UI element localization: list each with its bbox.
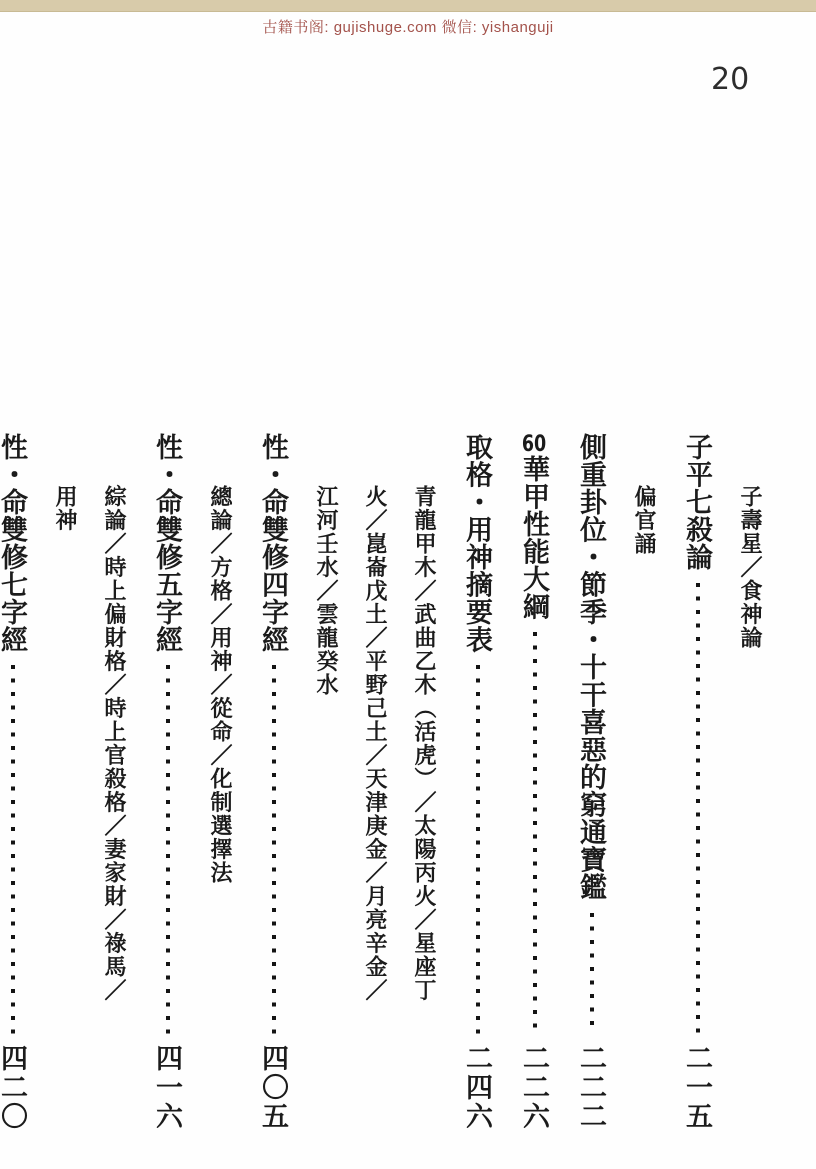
entry-title-text: 取格・用神摘要表	[458, 433, 497, 653]
toc-entry-subtitle-column: 江河壬水／雲龍癸水	[311, 485, 342, 1133]
dotted-leader	[533, 632, 537, 1034]
entry-page-number: 二四六	[458, 1044, 497, 1131]
toc-entry-title-column: 性・命雙修七字經四二〇	[0, 433, 32, 1131]
entry-title-text: 60華甲性能大綱	[515, 433, 554, 620]
entry-page-number: 二二六	[515, 1044, 554, 1131]
entry-title-text: 性・命雙修五字經	[148, 433, 187, 653]
toc-entry-title-column: 性・命雙修四字經四〇五	[254, 433, 293, 1131]
toc-entry-subtitle-column: 偏官誦	[629, 485, 660, 1133]
entry-title-text: 性・命雙修七字經	[0, 433, 32, 653]
toc-entry-subtitle-column: 火／崑崙戊土／平野己土／天津庚金／月亮辛金／	[360, 485, 391, 1133]
toc-entry-title-column: 子平七殺論二一五	[678, 433, 717, 1131]
entry-page-number: 四二〇	[0, 1044, 32, 1131]
dotted-leader	[696, 583, 700, 1035]
toc-entry-title-column: 側重卦位・節季・十干喜惡的窮通寶鑑二二二	[572, 433, 611, 1131]
dotted-leader	[590, 913, 594, 1035]
toc-entry-title-column: 取格・用神摘要表二四六	[458, 433, 497, 1131]
entry-title-text: 子平七殺論	[678, 433, 717, 571]
entry-page-number: 四〇五	[254, 1044, 293, 1131]
printed-page-number: 20	[711, 62, 749, 97]
entry-page-number: 二一五	[678, 1044, 717, 1131]
table-of-contents: 子壽星／食神論子平七殺論二一五偏官誦側重卦位・節季・十干喜惡的窮通寶鑑二二二60…	[0, 433, 766, 1133]
dotted-leader	[476, 665, 480, 1034]
toc-entry-subtitle-column: 綜論／時上偏財格／時上官殺格／妻家財／祿馬／	[99, 485, 130, 1133]
dotted-leader	[166, 665, 170, 1034]
dotted-leader	[272, 665, 276, 1034]
watermark-site-notice: 古籍书阁: gujishuge.com 微信: yishanguji	[0, 16, 816, 37]
entry-title-text: 側重卦位・節季・十干喜惡的窮通寶鑑	[572, 433, 611, 901]
scan-header-strip	[0, 0, 816, 12]
toc-entry-subtitle-column: 子壽星／食神論	[735, 485, 766, 1133]
entry-title-digits: 60	[521, 433, 547, 455]
entry-page-number: 二二二	[572, 1044, 611, 1131]
dotted-leader	[11, 665, 15, 1034]
toc-entry-title-column: 60華甲性能大綱二二六	[515, 433, 554, 1131]
toc-entry-subtitle-column: 用神	[50, 485, 81, 1133]
entry-title-text: 性・命雙修四字經	[254, 433, 293, 653]
toc-entry-title-column: 性・命雙修五字經四一六	[148, 433, 187, 1131]
toc-entry-subtitle-column: 青龍甲木／武曲乙木（活虎）／太陽丙火／星座丁	[409, 485, 440, 1133]
toc-entry-subtitle-column: 總論／方格／用神／從命／化制選擇法	[205, 485, 236, 1133]
entry-page-number: 四一六	[148, 1044, 187, 1131]
